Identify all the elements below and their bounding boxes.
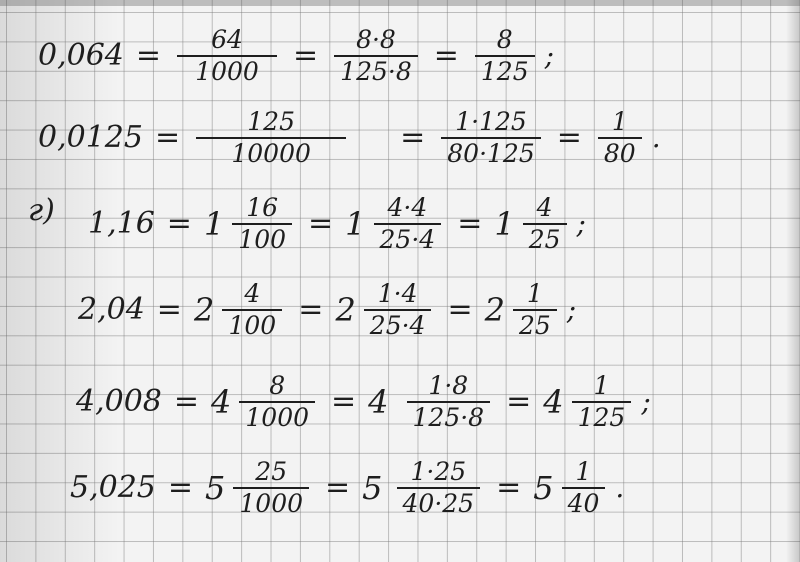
denominator: 1000 (189, 58, 265, 86)
section-label-text: г) (28, 196, 55, 226)
equals-sign: = (447, 295, 472, 325)
fraction: 8 125 (475, 26, 535, 85)
fraction: 1·4 25·4 (364, 280, 432, 339)
numerator: 25 (249, 458, 293, 486)
denominator: 125 (572, 404, 632, 432)
whole-part: 1 (494, 208, 514, 240)
notebook-page: 0,064 = 64 1000 = 8·8 125·8 = 8 125 ; 0,… (0, 0, 800, 562)
whole-part: 4 (368, 386, 388, 418)
equals-sign: = (496, 473, 521, 503)
fraction: 8 1000 (239, 372, 315, 431)
numerator: 8 (263, 372, 291, 400)
numerator: 1·25 (404, 458, 472, 486)
fraction: 16 100 (232, 194, 292, 253)
equals-sign: = (325, 473, 350, 503)
denominator: 25 (523, 226, 567, 254)
numerator: 1 (521, 280, 549, 308)
equals-sign: = (434, 41, 459, 71)
denominator: 40·25 (397, 490, 481, 518)
line-end-punctuation: . (615, 474, 624, 502)
numerator: 8·8 (350, 26, 402, 54)
equals-sign: = (308, 209, 333, 239)
fraction: 8·8 125·8 (334, 26, 418, 85)
denominator: 25·4 (374, 226, 442, 254)
denominator: 40 (562, 490, 606, 518)
equation-line-5: 5,025 = 5 25 1000 = 5 1·25 40·25 = 5 1 4… (70, 458, 624, 517)
decimal-value: 1,16 (88, 209, 155, 239)
line-end-punctuation: ; (577, 210, 586, 238)
equation-line-2: 1,16 = 1 16 100 = 1 4·4 25·4 = 1 4 25 ; (88, 194, 586, 253)
fraction: 125 10000 (196, 108, 346, 167)
whole-part: 5 (205, 472, 225, 504)
whole-part: 4 (543, 386, 563, 418)
fraction: 4 25 (523, 194, 567, 253)
numerator: 1·125 (449, 108, 533, 136)
equals-sign: = (557, 123, 582, 153)
numerator: 1·8 (422, 372, 474, 400)
equals-sign: = (155, 123, 180, 153)
equation-line-1: 0,0125 = 125 10000 = 1·125 80·125 = 1 80… (38, 108, 661, 167)
fraction: 1·25 40·25 (397, 458, 481, 517)
denominator: 1000 (239, 404, 315, 432)
equals-sign: = (331, 387, 356, 417)
fraction: 1·125 80·125 (441, 108, 540, 167)
fraction: 25 1000 (233, 458, 309, 517)
denominator: 25·4 (364, 312, 432, 340)
page-edge-right (786, 0, 800, 562)
fraction: 1 40 (562, 458, 606, 517)
equation-line-3: 2,04 = 2 4 100 = 2 1·4 25·4 = 2 1 25 ; (78, 280, 576, 339)
numerator: 1 (588, 372, 616, 400)
line-end-punctuation: ; (567, 296, 576, 324)
numerator: 4 (238, 280, 266, 308)
whole-part: 1 (204, 208, 224, 240)
numerator: 16 (240, 194, 284, 222)
numerator: 1 (570, 458, 598, 486)
denominator: 25 (513, 312, 557, 340)
numerator: 8 (491, 26, 519, 54)
numerator: 64 (205, 26, 249, 54)
numerator: 4·4 (381, 194, 433, 222)
denominator: 100 (232, 226, 292, 254)
whole-part: 4 (211, 386, 231, 418)
line-end-punctuation: ; (641, 388, 650, 416)
numerator: 1·4 (372, 280, 424, 308)
fraction: 4·4 25·4 (374, 194, 442, 253)
line-end-punctuation: ; (545, 42, 554, 70)
equals-sign: = (457, 209, 482, 239)
fraction: 1 125 (572, 372, 632, 431)
numerator: 4 (531, 194, 559, 222)
decimal-value: 4,008 (76, 387, 162, 417)
decimal-value: 0,064 (38, 41, 124, 71)
fraction: 4 100 (222, 280, 282, 339)
denominator: 125 (475, 58, 535, 86)
equation-line-4: 4,008 = 4 8 1000 = 4 1·8 125·8 = 4 1 125… (76, 372, 651, 431)
whole-part: 2 (485, 294, 505, 326)
line-end-punctuation: . (652, 124, 661, 152)
equals-sign: = (400, 123, 425, 153)
equals-sign: = (506, 387, 531, 417)
fraction: 1 80 (598, 108, 642, 167)
whole-part: 2 (335, 294, 355, 326)
fraction: 1 25 (513, 280, 557, 339)
page-edge-top (0, 0, 800, 6)
denominator: 125·8 (407, 404, 491, 432)
numerator: 125 (241, 108, 301, 136)
equals-sign: = (168, 473, 193, 503)
equals-sign: = (298, 295, 323, 325)
denominator: 1000 (233, 490, 309, 518)
equals-sign: = (157, 295, 182, 325)
equals-sign: = (174, 387, 199, 417)
equals-sign: = (293, 41, 318, 71)
equation-line-0: 0,064 = 64 1000 = 8·8 125·8 = 8 125 ; (38, 26, 554, 85)
equals-sign: = (167, 209, 192, 239)
decimal-value: 2,04 (78, 295, 145, 325)
fraction: 64 1000 (177, 26, 277, 85)
numerator: 1 (606, 108, 634, 136)
fraction: 1·8 125·8 (407, 372, 491, 431)
decimal-value: 0,0125 (38, 123, 143, 153)
decimal-value: 5,025 (70, 473, 156, 503)
denominator: 100 (222, 312, 282, 340)
whole-part: 1 (345, 208, 365, 240)
whole-part: 5 (362, 472, 382, 504)
whole-part: 2 (194, 294, 214, 326)
denominator: 125·8 (334, 58, 418, 86)
denominator: 10000 (225, 140, 317, 168)
denominator: 80·125 (441, 140, 540, 168)
denominator: 80 (598, 140, 642, 168)
equals-sign: = (136, 41, 161, 71)
section-label: г) (28, 196, 55, 226)
whole-part: 5 (533, 472, 553, 504)
